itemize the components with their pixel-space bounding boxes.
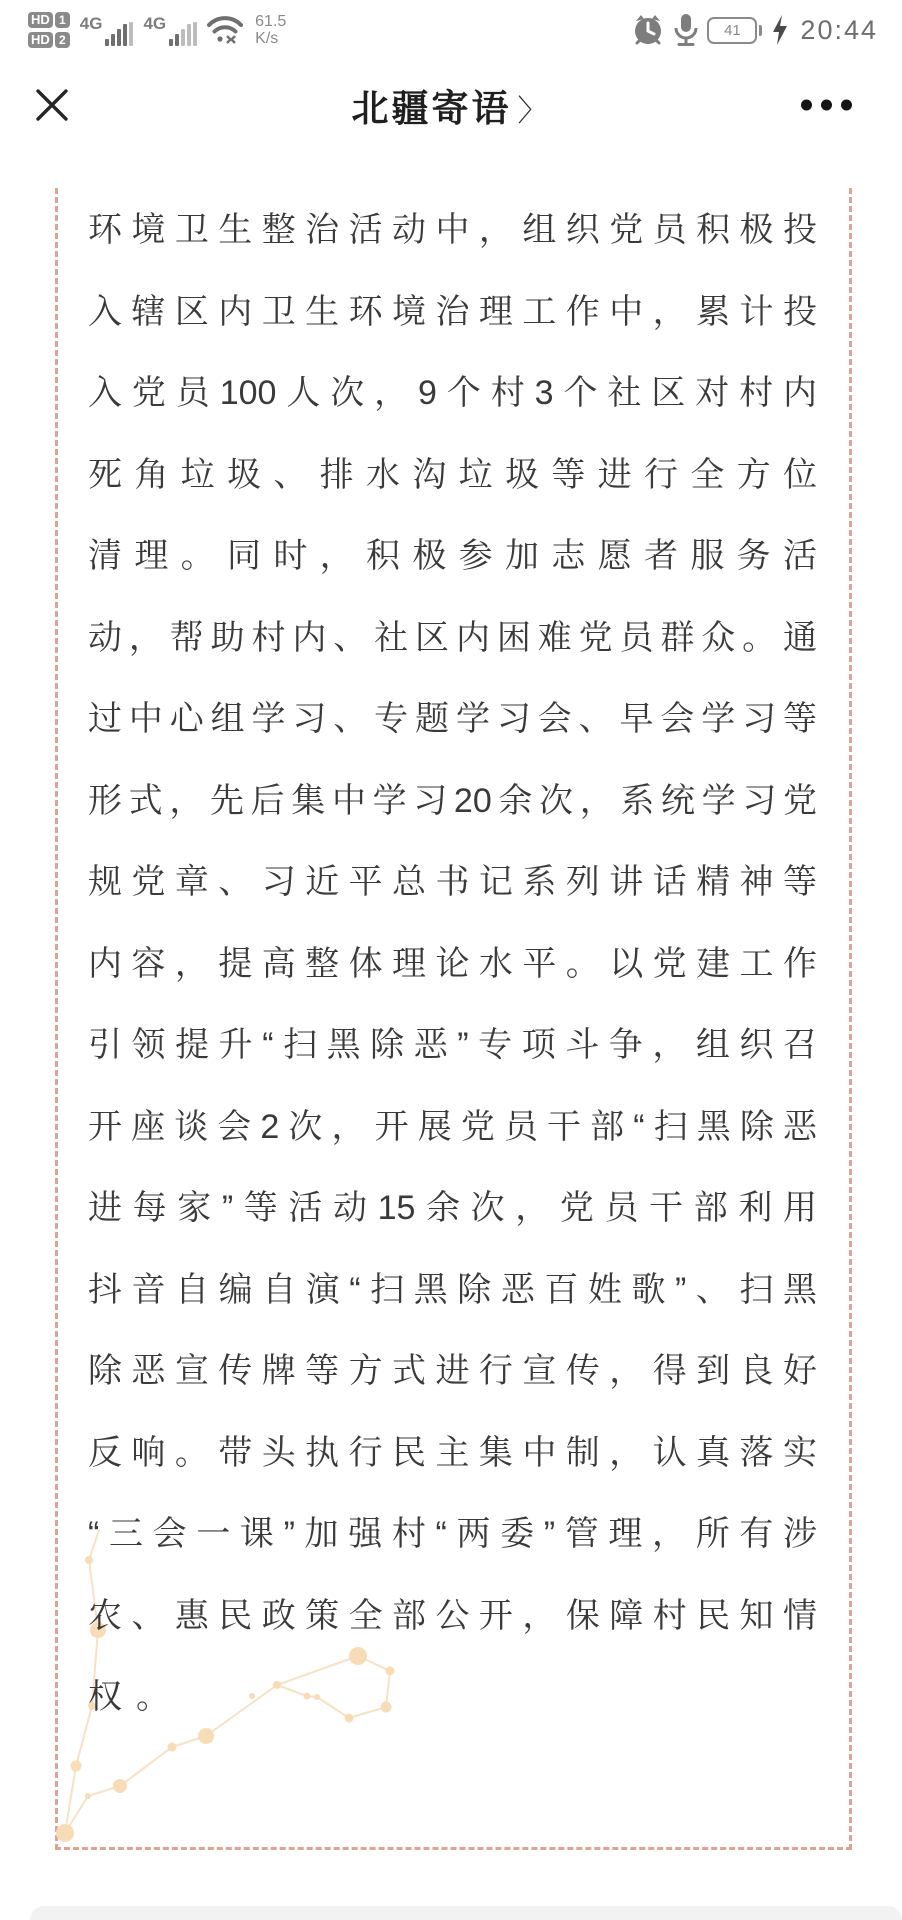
network-type-sim1: 4G	[80, 14, 103, 34]
signal-bars-sim2-icon	[169, 22, 197, 46]
alarm-icon	[631, 13, 665, 47]
microphone-icon	[673, 12, 699, 48]
chevron-right-icon: 〉	[518, 95, 551, 128]
nav-bar: 北疆寄语〉	[0, 58, 902, 152]
text-line: 抖音自编自演“扫黑除恶百姓歌”、扫黑	[88, 1250, 817, 1332]
status-bar-right: 41 20:44	[631, 12, 878, 48]
battery-percent: 41	[724, 22, 741, 39]
page-title-group[interactable]: 北疆寄语〉	[0, 78, 902, 132]
battery-icon: 41	[707, 17, 757, 44]
text-line: 死角垃圾、排水沟垃圾等进行全方位	[88, 435, 817, 517]
text-line: 形式，先后集中学习20余次，系统学习党	[88, 761, 817, 843]
hd2-badge: HD 2	[28, 32, 70, 48]
article-text: 环境卫生整治活动中，组织党员积极投入辖区内卫生环境治理工作中，累计投入党员100…	[88, 190, 817, 1739]
signal-bars-sim1-icon	[105, 22, 133, 46]
more-dot	[841, 100, 852, 111]
hd-badges: HD 1 HD 2	[28, 12, 70, 48]
network-speed: 61.5 K/s	[255, 13, 286, 47]
hd1-label: HD	[28, 12, 53, 28]
text-line: 动，帮助村内、社区内困难党员群众。通	[88, 598, 817, 680]
text-line: 农、惠民政策全部公开，保障村民知情	[88, 1576, 817, 1658]
text-line: 进每家”等活动15余次，党员干部利用	[88, 1168, 817, 1250]
text-line: 引领提升“扫黑除恶”专项斗争，组织召	[88, 1005, 817, 1087]
text-line: 过中心组学习、专题学习会、早会学习等	[88, 679, 817, 761]
speed-unit: K/s	[255, 30, 286, 47]
status-bar: HD 1 HD 2 4G 4G	[0, 6, 902, 54]
battery-cap	[759, 25, 762, 36]
status-bar-left: HD 1 HD 2 4G 4G	[28, 12, 286, 48]
more-menu-button[interactable]	[791, 90, 862, 121]
bottom-sheet-edge	[30, 1906, 902, 1920]
text-line: 权。	[88, 1657, 817, 1739]
text-line: 环境卫生整治活动中，组织党员积极投	[88, 190, 817, 272]
text-line: 清理。同时，积极参加志愿者服务活	[88, 516, 817, 598]
more-dot	[821, 100, 832, 111]
charging-bolt-icon	[770, 14, 790, 46]
signal-sim1: 4G	[80, 14, 134, 46]
speed-value: 61.5	[255, 13, 286, 30]
text-line: 开座谈会2次，开展党员干部“扫黑除恶	[88, 1087, 817, 1169]
text-line: “三会一课”加强村“两委”管理，所有涉	[88, 1494, 817, 1576]
hd1-badge: HD 1	[28, 12, 70, 28]
battery-indicator: 41	[707, 17, 762, 44]
hd2-sim-number: 2	[55, 32, 70, 48]
text-line: 除恶宣传牌等方式进行宣传，得到良好	[88, 1331, 817, 1413]
article-page: 环境卫生整治活动中，组织党员积极投入辖区内卫生环境治理工作中，累计投入党员100…	[55, 188, 852, 1850]
wifi-icon	[207, 14, 243, 46]
network-type-sim2: 4G	[143, 14, 166, 34]
hd2-label: HD	[28, 32, 53, 48]
text-line: 入党员100人次，9个村3个社区对村内	[88, 353, 817, 435]
text-line: 规党章、习近平总书记系列讲话精神等	[88, 842, 817, 924]
text-line: 内容，提高整体理论水平。以党建工作	[88, 924, 817, 1006]
text-line: 入辖区内卫生环境治理工作中，累计投	[88, 272, 817, 354]
text-line: 反响。带头执行民主集中制，认真落实	[88, 1413, 817, 1495]
more-dot	[801, 100, 812, 111]
phone-screen: HD 1 HD 2 4G 4G	[0, 0, 902, 1920]
clock-time: 20:44	[800, 15, 878, 46]
page-title: 北疆寄语	[352, 88, 512, 129]
signal-sim2: 4G	[143, 14, 197, 46]
hd1-sim-number: 1	[55, 12, 70, 28]
